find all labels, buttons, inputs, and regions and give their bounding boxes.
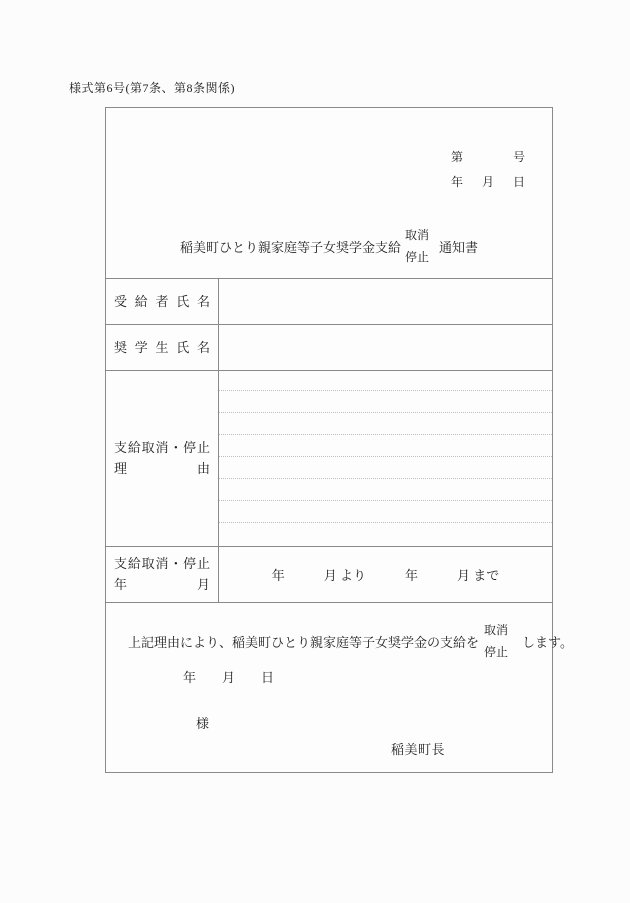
- ruled-line: [219, 434, 552, 435]
- footer-statement: 上記理由により、稲美町ひとり親家庭等子女奨学金の支給を 取消 停止 します。: [128, 619, 573, 663]
- title-stacked-options: 取消 停止: [405, 224, 429, 268]
- reason-label-line2: 理由: [114, 462, 210, 476]
- doc-date-day: 日: [513, 173, 525, 190]
- title-section: 第 号 年 月 日 稲美町ひとり親家庭等子女奨学金支給 取消 停止 通知書: [106, 108, 552, 278]
- doc-number-prefix: 第: [451, 148, 463, 165]
- notification-form-table: 第 号 年 月 日 稲美町ひとり親家庭等子女奨学金支給 取消 停止 通知書 受給…: [105, 107, 553, 773]
- title-option-cancel: 取消: [405, 224, 429, 246]
- form-title-suffix: 通知書: [439, 237, 478, 256]
- recipient-name-value: [219, 279, 552, 324]
- ruled-line: [219, 478, 552, 479]
- period-label-line2: 年月: [114, 578, 210, 592]
- footer-option-suspend: 停止: [484, 641, 508, 663]
- doc-number-suffix: 号: [513, 148, 525, 165]
- reason-value: [219, 371, 552, 546]
- signer-mayor: 稲美町長: [391, 739, 445, 758]
- addressee-honorific: 様: [196, 713, 209, 732]
- row-cancellation-reason: 支給取消・停止 理由: [106, 370, 552, 546]
- title-option-suspend: 停止: [405, 246, 429, 268]
- document-page: 様式第6号(第7条、第8条関係) 第 号 年 月 日 稲美町ひとり親家庭等子女奨…: [0, 0, 630, 903]
- doc-date-month: 月: [482, 173, 494, 190]
- footer-option-cancel: 取消: [484, 619, 508, 641]
- ruled-line: [219, 456, 552, 457]
- footer-stacked-options: 取消 停止: [484, 619, 508, 663]
- ruled-line: [219, 412, 552, 413]
- ruled-line: [219, 522, 552, 523]
- form-title: 稲美町ひとり親家庭等子女奨学金支給 取消 停止 通知書: [106, 224, 552, 268]
- row-student-name: 奨学生氏名: [106, 324, 552, 370]
- footer-section: 上記理由により、稲美町ひとり親家庭等子女奨学金の支給を 取消 停止 します。 年…: [106, 602, 552, 772]
- footer-statement-suffix: します。: [522, 632, 573, 651]
- doc-date-line: 年 月 日: [451, 173, 525, 190]
- form-title-main: 稲美町ひとり親家庭等子女奨学金支給: [180, 237, 401, 256]
- doc-number-line: 第 号: [451, 148, 525, 165]
- row-cancellation-period: 支給取消・停止 年月 年 月 より 年 月 まで: [106, 546, 552, 602]
- form-code: 様式第6号(第7条、第8条関係): [69, 79, 235, 96]
- footer-statement-prefix: 上記理由により、稲美町ひとり親家庭等子女奨学金の支給を: [128, 632, 479, 651]
- reason-label-cell: 支給取消・停止 理由: [106, 371, 219, 546]
- row-recipient-name: 受給者氏名: [106, 278, 552, 324]
- student-name-label-cell: 奨学生氏名: [106, 325, 219, 370]
- period-label-line1: 支給取消・停止: [114, 557, 210, 571]
- reason-label-line1: 支給取消・停止: [114, 441, 210, 455]
- student-name-value: [219, 325, 552, 370]
- doc-date-year: 年: [451, 173, 463, 190]
- ruled-line: [219, 500, 552, 501]
- recipient-name-label: 受給者氏名: [114, 295, 210, 309]
- ruled-line: [219, 390, 552, 391]
- period-label-cell: 支給取消・停止 年月: [106, 547, 219, 602]
- recipient-name-label-cell: 受給者氏名: [106, 279, 219, 324]
- period-value: 年 月 より 年 月 まで: [219, 547, 552, 602]
- footer-date-line: 年 月 日: [183, 667, 274, 686]
- student-name-label: 奨学生氏名: [114, 341, 210, 355]
